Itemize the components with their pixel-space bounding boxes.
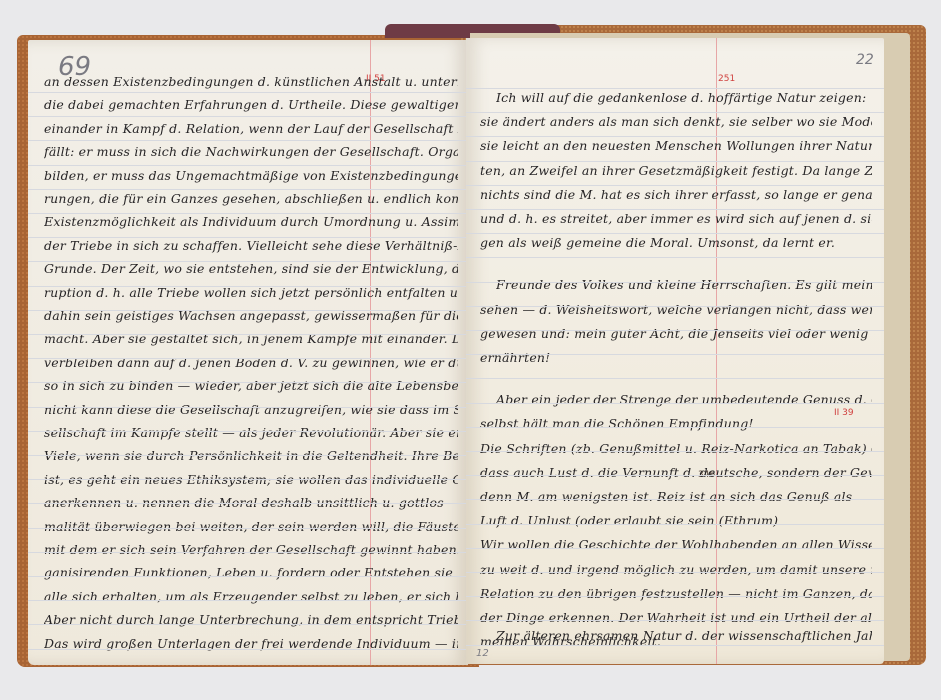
ruled-line (466, 475, 884, 476)
handwritten-line: nicht kann diese die Gesellschaft anzugr… (44, 402, 458, 417)
ruled-line (28, 407, 468, 408)
handwritten-line: ganisirenden Funktionen, Leben u. forder… (44, 565, 458, 580)
handwritten-line: Ich will auf die gedankenlose d. hoffärt… (496, 90, 872, 105)
ruled-line (466, 330, 884, 331)
handwritten-line: Grunde. Der Zeit, wo sie entstehen, sind… (44, 261, 458, 276)
ruled-line (28, 600, 468, 601)
ruled-line (466, 136, 884, 137)
ruled-line (28, 189, 468, 190)
handwritten-line: alle sich erhalten, um als Erzeugender s… (44, 589, 458, 604)
ruled-line (28, 286, 468, 287)
handwritten-line: Wir wollen die Geschichte der Wohlhabend… (480, 537, 872, 552)
handwritten-line: ruption d. h. alle Triebe wollen sich je… (44, 285, 458, 300)
ruled-line (28, 649, 468, 650)
ruled-line (28, 358, 468, 359)
ruled-line (466, 596, 884, 597)
ruled-line (28, 116, 468, 117)
ruled-line (28, 92, 468, 93)
ruled-line (28, 624, 468, 625)
handwritten-line: Zur älteren ehrsamen Natur d. der wissen… (496, 628, 872, 643)
ruled-line (466, 620, 884, 621)
ruled-line (466, 378, 884, 379)
handwritten-line: malität überwiegen bei weiten, der sein … (44, 519, 458, 534)
right-page: 22 251 II 39 346 12 Ich will auf die ged… (466, 38, 884, 664)
handwritten-line: an dessen Existenzbedingungen d. künstli… (44, 74, 458, 89)
handwritten-line: zu weit d. und irgend möglich zu werden,… (480, 562, 872, 577)
ruled-line (466, 88, 884, 89)
handwritten-line: der Triebe in sich zu schaffen. Vielleic… (44, 238, 458, 253)
gutter-mark: 12 (476, 648, 489, 659)
ruled-line (466, 499, 884, 500)
handwritten-line: der Dinge erkennen. Der Wahrheit ist und… (480, 610, 872, 625)
ruled-line (28, 261, 468, 262)
ruled-line (466, 185, 884, 186)
handwritten-line: die dabei gemachten Erfahrungen d. Urthe… (44, 97, 458, 112)
handwritten-line: sie leicht an den neuesten Menschen Woll… (480, 138, 872, 153)
handwritten-line: ernährten! (480, 350, 872, 365)
ruled-line (28, 431, 468, 432)
ruled-line (28, 140, 468, 141)
ruled-line (28, 552, 468, 553)
ruled-line (466, 161, 884, 162)
page-number: 22 (856, 52, 874, 68)
handwritten-line: fällt: er muss in sich die Nachwirkungen… (44, 144, 458, 159)
ruled-line (466, 645, 884, 646)
ruled-line (28, 528, 468, 529)
handwritten-line: selbst hält man die Schönen Empfindung! (480, 416, 872, 431)
handwritten-line: Existenzmöglichkeit als Individuum durch… (44, 214, 458, 229)
ruled-line (466, 282, 884, 283)
handwritten-line: Freunde des Volkes und kleine Herrschaft… (496, 277, 872, 292)
handwritten-line: dass auch Lust d. die Vernunft d. deutsc… (480, 465, 872, 480)
ruled-line (28, 503, 468, 504)
ruled-line (466, 524, 884, 525)
handwritten-line: Aber ein jeder der Strenge der umbedeute… (496, 392, 872, 407)
ruled-line (28, 382, 468, 383)
handwritten-line: so in sich zu binden — wieder, aber jetz… (44, 378, 458, 393)
handwritten-line: verbleiben dann auf d. jenen Boden d. V.… (44, 355, 458, 370)
ruled-line (466, 451, 884, 452)
handwritten-line: gewesen und: mein guter Acht, die Jensei… (480, 326, 872, 341)
ruled-line (466, 427, 884, 428)
handwritten-line: einander in Kampf d. Relation, wenn der … (44, 121, 458, 136)
handwritten-line: Die Schriften (zb. Genußmittel u. Reiz-N… (480, 441, 872, 456)
handwritten-line: ten, an Zweifel an ihrer Gesetzmäßigkeit… (480, 163, 872, 178)
handwritten-line: bilden, er muss das Ungemachtmäßige von … (44, 168, 458, 183)
handwritten-line: denn M. am wenigsten ist. Reiz ist an si… (480, 489, 872, 504)
ruled-line (28, 165, 468, 166)
ruled-line (466, 354, 884, 355)
ruled-line (28, 455, 468, 456)
left-page: 69 II 51 an dessen Existenzbedingungen d… (28, 40, 468, 665)
ruled-line (28, 479, 468, 480)
handwritten-line: Relation zu den übrigen festzustellen — … (480, 586, 872, 601)
ruled-line (466, 257, 884, 258)
handwritten-line: nichts sind die M. hat es sich ihrer erf… (480, 187, 872, 202)
red-annotation-top: 251 (718, 74, 735, 84)
ruled-line (28, 213, 468, 214)
handwritten-line: sellschaft im Kampfe stellt — als jeder … (44, 425, 458, 440)
handwritten-line: sehen — d. Weisheitswort, welche verlang… (480, 302, 872, 317)
ruled-line (466, 572, 884, 573)
ruled-line (466, 548, 884, 549)
ruled-line (28, 310, 468, 311)
ruled-line (466, 112, 884, 113)
ruled-line (466, 233, 884, 234)
ruled-line (466, 403, 884, 404)
handwritten-line: und d. h. es streitet, aber immer es wir… (480, 211, 872, 226)
handwritten-line: mit dem er sich sein Verfahren der Gesel… (44, 542, 458, 557)
ruled-line (28, 334, 468, 335)
ruled-line (466, 306, 884, 307)
handwritten-line: sie ändert anders als man sich denkt, si… (480, 114, 872, 129)
ruled-line (28, 576, 468, 577)
handwritten-line: Luft d. Unlust (oder erlaubt sie sein (E… (480, 513, 872, 528)
handwritten-line: gen als weiß gemeine die Moral. Umsonst,… (480, 235, 872, 250)
ruled-line (466, 209, 884, 210)
ruled-line (28, 237, 468, 238)
handwritten-line: rungen, die für ein Ganzes gesehen, absc… (44, 191, 458, 206)
